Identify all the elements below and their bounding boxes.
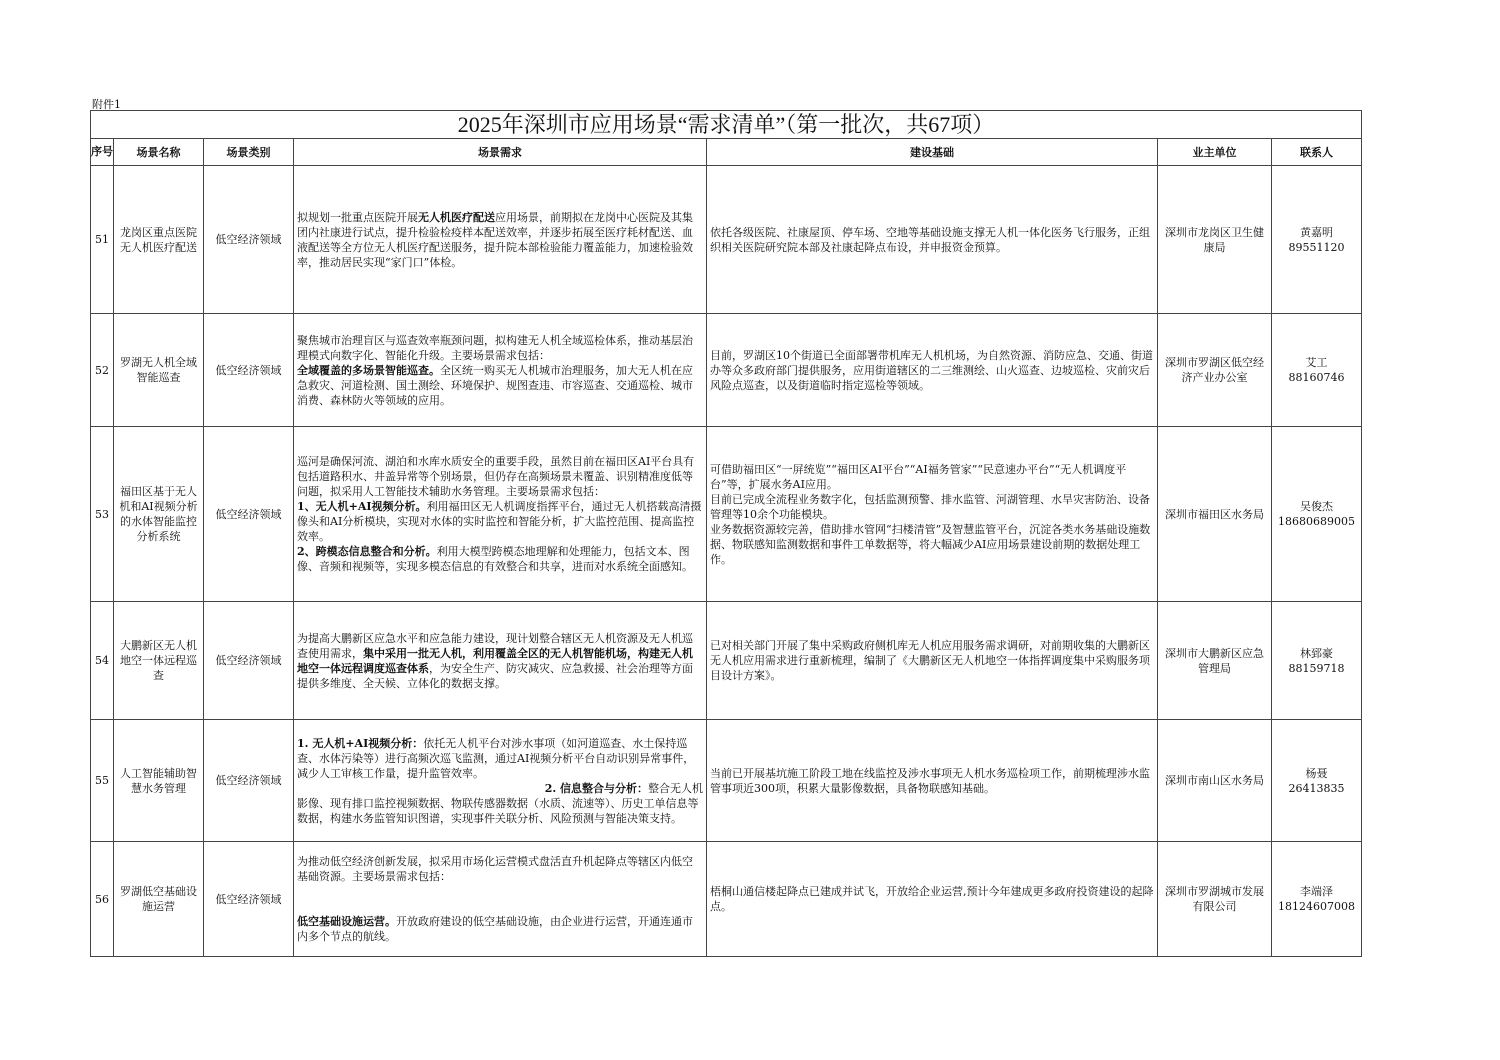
construction-foundation: 依托各级医院、社康屋顶、停车场、空地等基础设施支撑无人机一体化医务飞行服务，正组… (707, 166, 1158, 314)
header-category: 场景类别 (204, 139, 294, 166)
scene-name: 龙岗区重点医院无人机医疗配送 (114, 166, 204, 314)
owner-unit: 深圳市罗湖区低空经济产业办公室 (1158, 314, 1272, 427)
scene-demand: 拟规划一批重点医院开展无人机医疗配送应用场景，前期拟在龙岗中心医院及其集团内社康… (294, 166, 707, 314)
row-seq: 53 (91, 427, 114, 602)
scene-name: 人工智能辅助智慧水务管理 (114, 720, 204, 842)
owner-unit: 深圳市南山区水务局 (1158, 720, 1272, 842)
contact-person: 杨聂26413835 (1272, 720, 1362, 842)
scene-demand: 为推动低空经济创新发展，拟采用市场化运营模式盘活直升机起降点等辖区内低空基础资源… (294, 842, 707, 957)
header-contact: 联系人 (1272, 139, 1362, 166)
scene-category: 低空经济领域 (204, 602, 294, 720)
header-foundation: 建设基础 (707, 139, 1158, 166)
construction-foundation: 目前，罗湖区10个街道已全面部署带机库无人机机场，为自然资源、消防应急、交通、街… (707, 314, 1158, 427)
header-owner: 业主单位 (1158, 139, 1272, 166)
scene-category: 低空经济领域 (204, 314, 294, 427)
scene-demand: 1. 无人机+AI视频分析：依托无人机平台对涉水事项（如河道巡查、水土保持巡查、… (294, 720, 707, 842)
scene-name: 罗湖无人机全域智能巡查 (114, 314, 204, 427)
table-row: 52 罗湖无人机全域智能巡查 低空经济领域 聚焦城市治理盲区与巡查效率瓶颈问题，… (91, 314, 1362, 427)
scene-category: 低空经济领域 (204, 427, 294, 602)
row-seq: 56 (91, 842, 114, 957)
scene-name: 罗湖低空基础设施运营 (114, 842, 204, 957)
owner-unit: 深圳市罗湖城市发展有限公司 (1158, 842, 1272, 957)
owner-unit: 深圳市福田区水务局 (1158, 427, 1272, 602)
contact-person: 林郅豪88159718 (1272, 602, 1362, 720)
row-seq: 55 (91, 720, 114, 842)
table-row: 56 罗湖低空基础设施运营 低空经济领域 为推动低空经济创新发展，拟采用市场化运… (91, 842, 1362, 957)
table-row: 54 大鹏新区无人机地空一体远程巡查 低空经济领域 为提高大鹏新区应急水平和应急… (91, 602, 1362, 720)
scene-category: 低空经济领域 (204, 842, 294, 957)
scene-name: 大鹏新区无人机地空一体远程巡查 (114, 602, 204, 720)
scene-name: 福田区基于无人机和AI视频分析的水体智能监控分析系统 (114, 427, 204, 602)
table-row: 55 人工智能辅助智慧水务管理 低空经济领域 1. 无人机+AI视频分析：依托无… (91, 720, 1362, 842)
construction-foundation: 已对相关部门开展了集中采购政府侧机库无人机应用服务需求调研，对前期收集的大鹏新区… (707, 602, 1158, 720)
scene-demand: 为提高大鹏新区应急水平和应急能力建设，现计划整合辖区无人机资源及无人机巡查使用需… (294, 602, 707, 720)
row-seq: 52 (91, 314, 114, 427)
demand-list-table: 2025年深圳市应用场景“需求清单”（第一批次，共67项） 序号 场景名称 场景… (90, 110, 1362, 957)
owner-unit: 深圳市龙岗区卫生健康局 (1158, 166, 1272, 314)
contact-person: 李端泽18124607008 (1272, 842, 1362, 957)
contact-person: 黄嘉明89551120 (1272, 166, 1362, 314)
table-row: 51 龙岗区重点医院无人机医疗配送 低空经济领域 拟规划一批重点医院开展无人机医… (91, 166, 1362, 314)
scene-demand: 聚焦城市治理盲区与巡查效率瓶颈问题，拟构建无人机全域巡检体系，推动基层治理模式向… (294, 314, 707, 427)
header-seq: 序号 (91, 139, 114, 166)
document-title: 2025年深圳市应用场景“需求清单”（第一批次，共67项） (91, 111, 1362, 139)
construction-foundation: 可借助福田区“一屏统览”“福田区AI平台”“AI福务管家”“民意速办平台”“无人… (707, 427, 1158, 602)
contact-person: 艾工88160746 (1272, 314, 1362, 427)
table-row: 53 福田区基于无人机和AI视频分析的水体智能监控分析系统 低空经济领域 巡河是… (91, 427, 1362, 602)
scene-category: 低空经济领域 (204, 720, 294, 842)
header-row: 序号 场景名称 场景类别 场景需求 建设基础 业主单位 联系人 (91, 139, 1362, 166)
owner-unit: 深圳市大鹏新区应急管理局 (1158, 602, 1272, 720)
header-name: 场景名称 (114, 139, 204, 166)
construction-foundation: 梧桐山通信楼起降点已建成并试飞，开放给企业运营,预计今年建成更多政府投资建设的起… (707, 842, 1158, 957)
row-seq: 51 (91, 166, 114, 314)
construction-foundation: 当前已开展基坑施工阶段工地在线监控及涉水事项无人机水务巡检项工作，前期梳理涉水监… (707, 720, 1158, 842)
row-seq: 54 (91, 602, 114, 720)
header-demand: 场景需求 (294, 139, 707, 166)
contact-person: 吴俊杰18680689005 (1272, 427, 1362, 602)
scene-demand: 巡河是确保河流、湖泊和水库水质安全的重要手段，虽然目前在福田区AI平台具有包括道… (294, 427, 707, 602)
scene-category: 低空经济领域 (204, 166, 294, 314)
